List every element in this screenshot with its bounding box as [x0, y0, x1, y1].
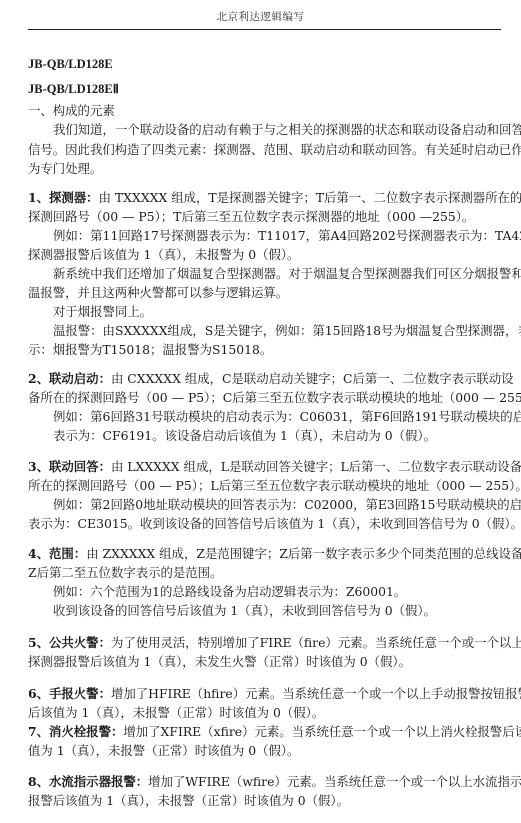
item-line: 例如：第6回路31号联动模块的启动表示为：C06031，第F6回路191号联动模…: [53, 407, 521, 426]
item-heading: 2、联动启动：: [28, 371, 111, 386]
item-line: 后该值为 1（真），未报警（正常）时该值为 0（假）。: [28, 703, 324, 722]
item-heading: 5、公共火警：: [28, 635, 111, 650]
item-line: 值为 1（真），未报警（正常）时该值为 0（假）。: [28, 741, 299, 760]
item-public-fire: 5、公共火警：为了使用灵活，特别增加了FIRE（fire）元素。当系统任意一个或…: [28, 633, 521, 652]
item-line: 所在的探测回路号（00 — P5）；L后第三至五位数字表示联动模块的地址（000…: [28, 476, 521, 495]
item-heading: 6、手报火警：: [28, 686, 111, 701]
item-detector: 1、探测器：由 TXXXXX 组成，T是探测器关键字；T后第一、二位数字表示探测…: [28, 188, 521, 207]
item-range: 4、范围：由 ZXXXXX 组成，Z是范围键字；Z后第一数字表示多少个同类范围的…: [28, 544, 521, 563]
item-line: 报警后该值为 1（真），未报警（正常）时该值为 0（假）。: [28, 791, 349, 810]
item-line: 表示为：CF6191。该设备启动后该值为 1（真），未启动为 0（假）。: [53, 426, 436, 445]
header-rule: [28, 29, 501, 30]
item-line: 探测回路号（00 — P5）；T后第三至五位数字表示探测器的地址（000 —25…: [28, 207, 474, 226]
item-heading: 1、探测器：: [28, 190, 99, 205]
intro-line: 我们知道，一个联动设备的启动有赖于与之相关的探测器的状态和联动设备启动和回答: [53, 120, 521, 139]
item-hydrant-alarm: 7、消火栓报警：增加了XFIRE（xfire）元素。当系统任意一个或一个以上消火…: [28, 722, 521, 741]
item-waterflow-alarm: 8、水流指示器报警：增加了WFIRE（wfire）元素。当系统任意一个或一个以上…: [28, 772, 521, 791]
item-line: Z后第二至五位数字表示的是范围。: [28, 563, 222, 582]
item-line: 温报警：由SXXXXX组成，S是关键字，例如：第15回路18号为烟温复合型探测器…: [53, 321, 521, 340]
item-line: 收到该设备的回答信号后该值为 1（真），未收到回答信号为 0（假）。: [53, 601, 436, 620]
item-linkage-response: 3、联动回答：由 LXXXXX 组成，L是联动回答关键字；L后第一、二位数字表示…: [28, 457, 521, 476]
model-title-1: JB-QB/LD128E: [28, 55, 113, 74]
item-line: 示：烟报警为T15018；温报警为S15018。: [28, 340, 272, 359]
item-line: 温报警，并且这两种火警都可以参与逻辑运算。: [28, 283, 288, 302]
item-heading: 4、范围：: [28, 546, 86, 561]
item-line: 例如：六个范围为1的总路线设备为启动逻辑表示为：Z60001。: [53, 582, 406, 601]
item-line: 探测器报警后该值为 1（真），未报警为 0（假）。: [28, 245, 299, 264]
intro-line: 为专门处理。: [28, 159, 102, 178]
item-heading: 7、消火栓报警：: [28, 724, 123, 739]
intro-line: 信号。因此我们构造了四类元素：探测器、范围、联动启动和联动回答。有关延时启动已作: [28, 140, 521, 159]
item-line: 对于烟报警同上。: [53, 302, 152, 321]
item-heading: 8、水流指示器报警：: [28, 774, 148, 789]
section-title: 一、构成的元素: [28, 101, 115, 120]
item-line: 表示为：CE3015。收到该设备的回答信号后该值为 1（真），未收到回答信号为 …: [28, 514, 521, 533]
page-header: 北京利达逻辑编写: [0, 9, 521, 24]
item-line: 备所在的探测回路号（00 — P5）；C后第三至五位数字表示联动模块的地址（00…: [28, 388, 521, 407]
item-line: 例如：第2回路0地址联动模块的回答表示为：C02000，第E3回路15号联动模块…: [53, 495, 521, 514]
item-line: 例如：第11回路17号探测器表示为：T11017，第A4回路202号探测器表示为…: [53, 226, 521, 245]
model-title-2: JB-QB/LD128EⅡ: [28, 80, 119, 99]
item-heading: 3、联动回答：: [28, 459, 111, 474]
item-linkage-start: 2、联动启动：由 CXXXXX 组成，C是联动启动关键字；C后第一、二位数字表示…: [28, 369, 514, 388]
item-line: 探测器报警后该值为 1（真），未发生火警（正常）时该值为 0（假）。: [28, 652, 411, 671]
item-line: 新系统中我们还增加了烟温复合型探测器。对于烟温复合型探测器我们可区分烟报警和: [53, 264, 521, 283]
item-manual-fire: 6、手报火警：增加了HFIRE（hfire）元素。当系统任意一个或一个以上手动报…: [28, 684, 521, 703]
